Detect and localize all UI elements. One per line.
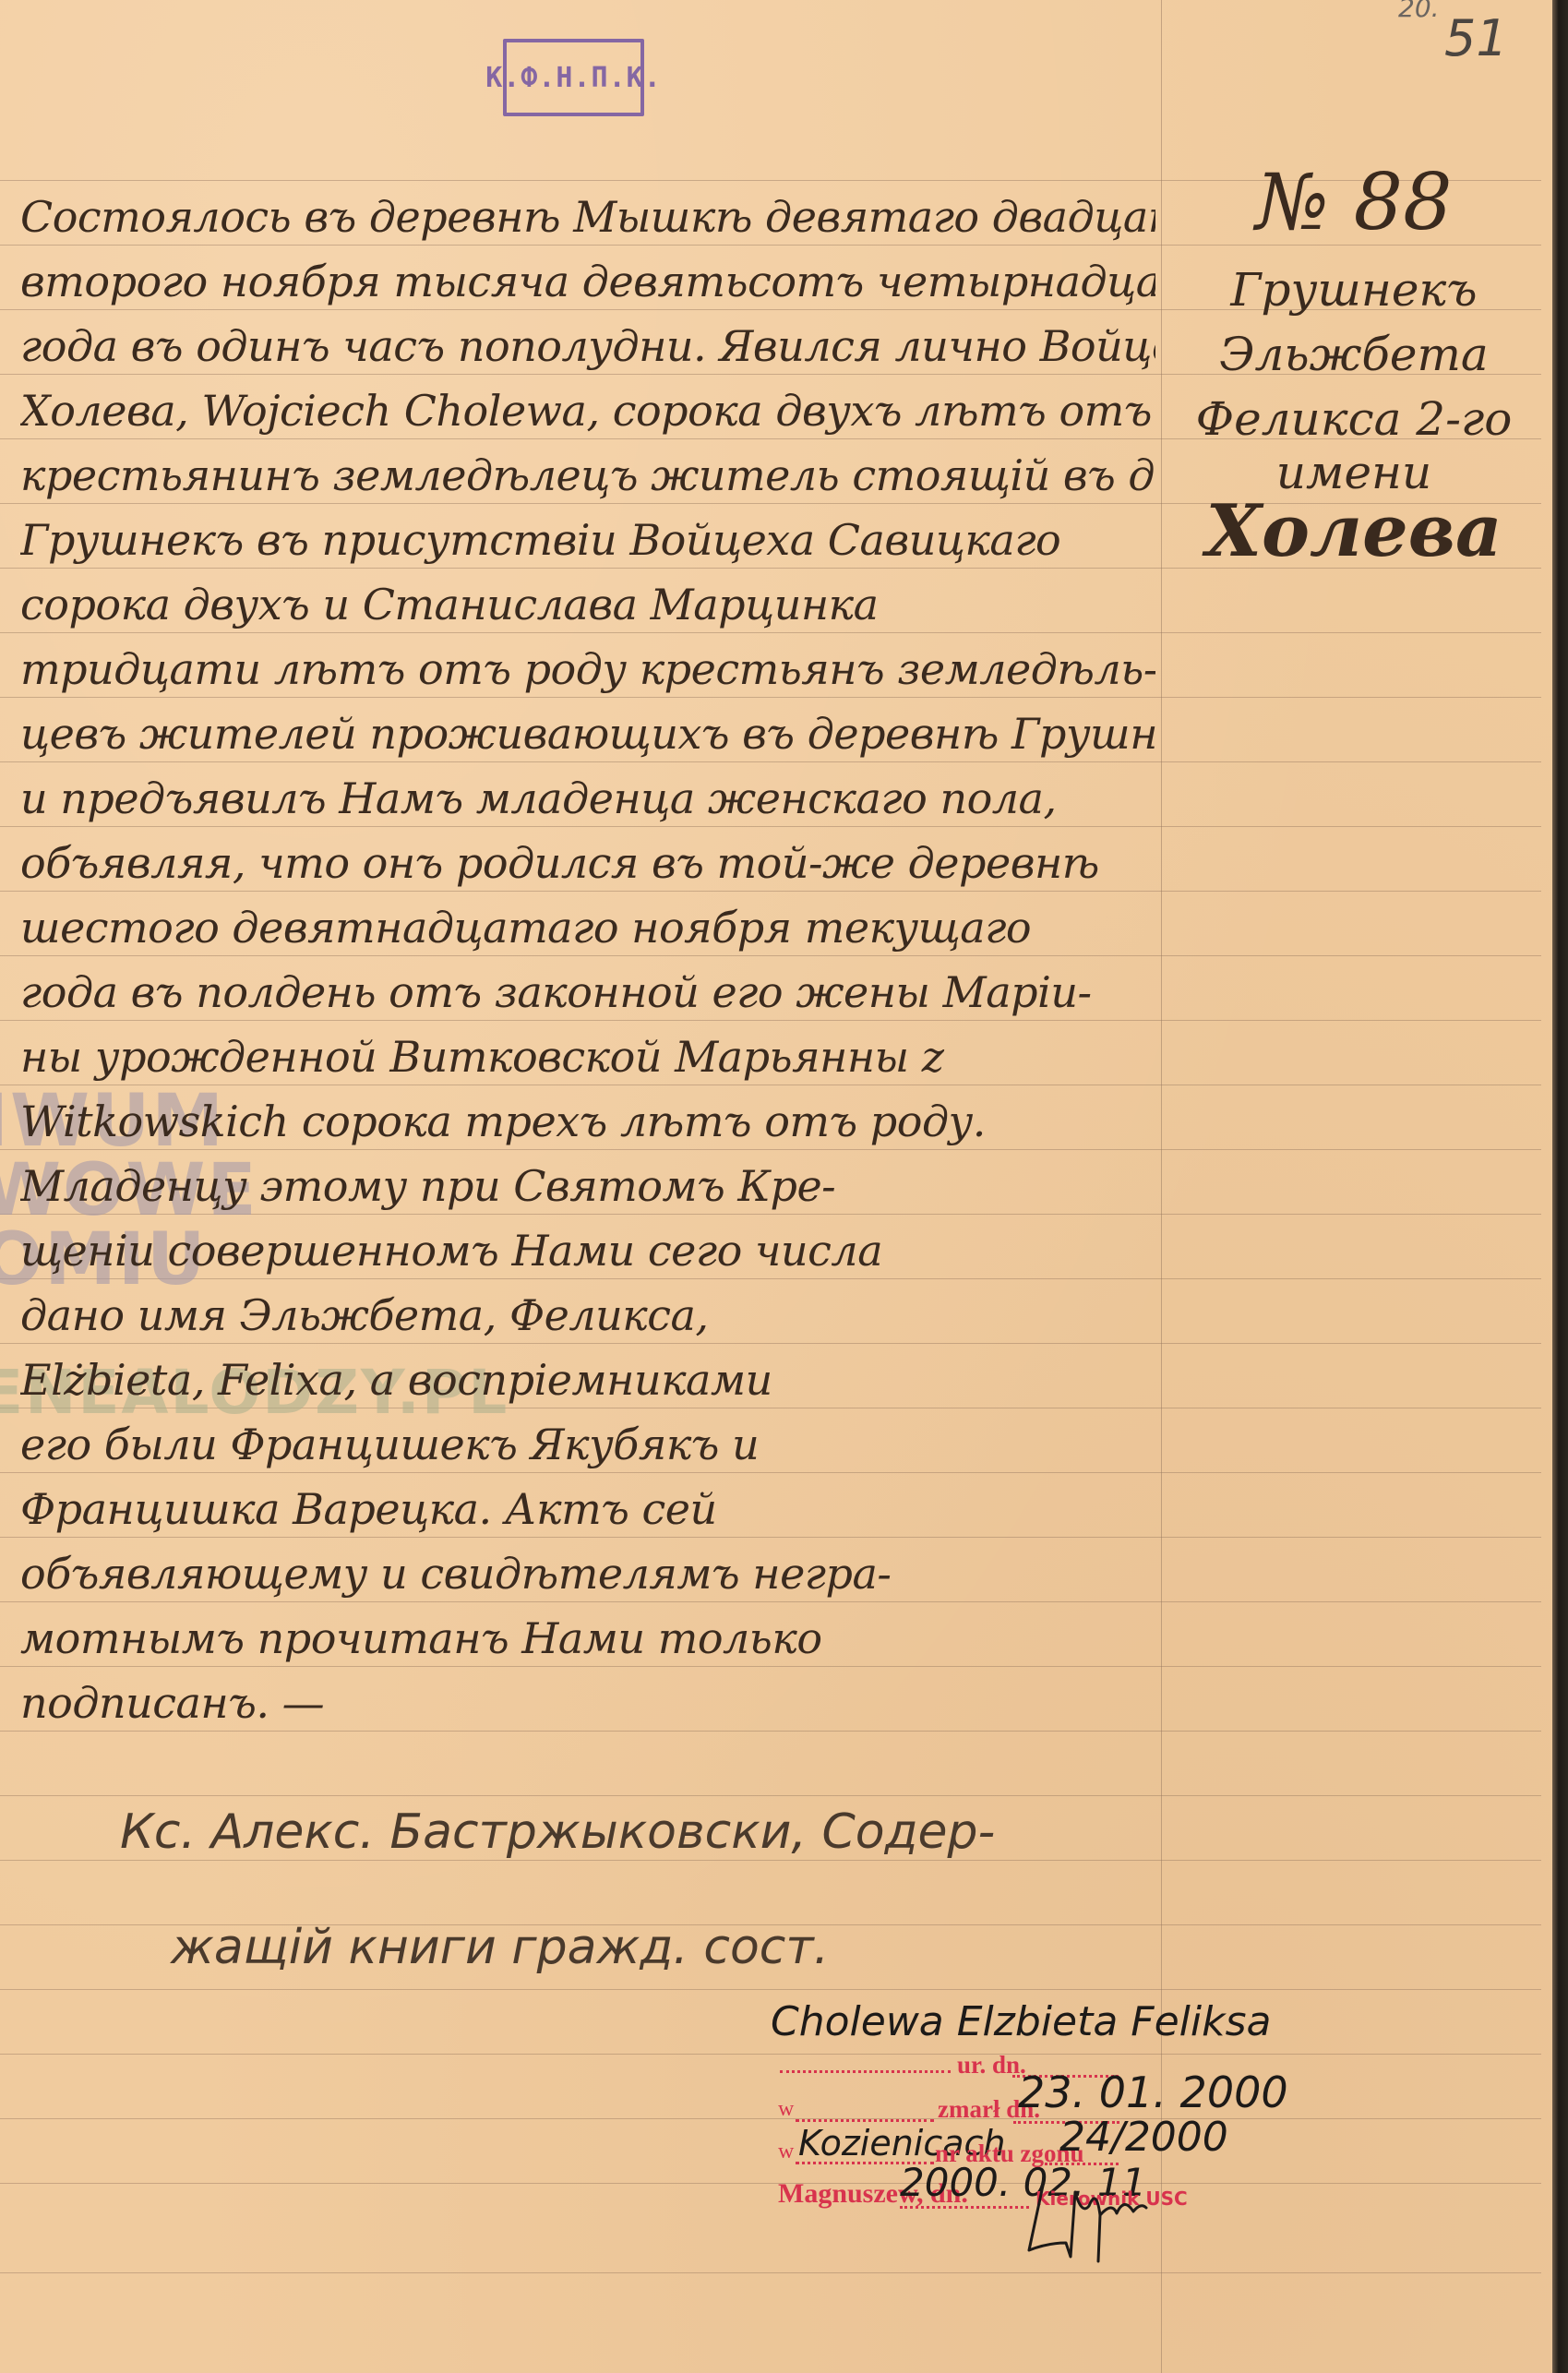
folio-number: 51 <box>1444 9 1508 67</box>
ruled-line <box>0 632 1541 633</box>
body-line: щеніи совершенномъ Нами сего числа <box>20 1223 1155 1278</box>
body-line: года въ полдень отъ законной его жены Ма… <box>20 965 1155 1020</box>
margin-given-name: Эльжбета <box>1165 328 1543 381</box>
archive-stamp: К.Ф.Н.П.К. <box>503 39 644 116</box>
ruled-line <box>0 1601 1541 1602</box>
body-line: Младенцу этому при Святомъ Кре- <box>20 1158 1155 1214</box>
body-line: Грушнекъ въ присутствіи Войцеха Савицкаг… <box>20 512 1155 568</box>
body-line: цевъ жителей проживающихъ въ деревнѣ Гру… <box>20 706 1155 761</box>
death-date: 23. 01. 2000 <box>1018 2067 1288 2117</box>
body-line: Францишка Варецка. Актъ сей <box>20 1481 1155 1537</box>
margin-second-name: Феликса 2-го имени <box>1165 392 1543 499</box>
margin-village: Грушнекъ <box>1165 263 1543 317</box>
body-line: и предъявилъ Намъ младенца женскаго пола… <box>20 771 1155 826</box>
body-line: мотнымъ прочитанъ Нами только <box>20 1611 1155 1666</box>
body-line: года въ одинъ часъ пополудни. Явился лич… <box>20 318 1155 374</box>
ruled-line <box>0 2054 1541 2055</box>
ruled-line <box>0 1020 1541 1021</box>
ruled-line <box>0 1731 1541 1732</box>
label-w: w <box>778 2097 794 2122</box>
ruled-line <box>0 1989 1541 1990</box>
ruled-line <box>0 2183 1541 2184</box>
body-line: объявляющему и свидѣтелямъ негра- <box>20 1546 1155 1601</box>
body-line: дано имя Эльжбета, Феликса, <box>20 1288 1155 1343</box>
ruled-line <box>0 1537 1541 1538</box>
body-line: тридцати лѣтъ отъ роду крестьянъ земледѣ… <box>20 641 1155 697</box>
priest-title: жащій книги гражд. сост. <box>171 1920 829 1975</box>
body-line: Холева, Wojciech Cholewa, сорока двухъ л… <box>20 383 1155 438</box>
ruled-line <box>0 761 1541 762</box>
body-line: второго ноября тысяча девятьсотъ четырна… <box>20 254 1155 309</box>
body-line: ны урожденной Витковской Марьянны z <box>20 1029 1155 1085</box>
body-line: крестьянинъ земледѣлецъ житель стоящій в… <box>20 448 1155 503</box>
registrar-signature-icon <box>1024 2178 1154 2271</box>
ruled-line <box>0 1795 1541 1796</box>
ruled-line <box>0 697 1541 698</box>
book-binding-edge <box>1552 0 1568 2373</box>
body-line: Elżbieta, Felixa, а воспріемниками <box>20 1352 1155 1408</box>
ruled-line <box>0 826 1541 827</box>
ruled-line <box>0 1666 1541 1667</box>
ruled-line <box>0 1278 1541 1279</box>
record-number: № 88 <box>1165 157 1543 247</box>
ruled-line <box>0 2118 1541 2119</box>
annotation-name: Cholewa Elzbieta Feliksa <box>771 1998 1272 2045</box>
ruled-line <box>0 1085 1541 1085</box>
ruled-line <box>0 891 1541 892</box>
dotted-field <box>780 2070 951 2073</box>
body-line: подписанъ. — <box>20 1675 1155 1731</box>
ruled-line <box>0 2272 1541 2273</box>
dotted-field <box>796 2119 934 2122</box>
death-act-number: 24/2000 <box>1059 2114 1228 2161</box>
dotted-field <box>900 2206 1029 2209</box>
body-line: шестого девятнадцатаго ноября текущаго <box>20 900 1155 955</box>
label-w: w <box>778 2139 794 2164</box>
ruled-line <box>0 1860 1541 1861</box>
body-line: Witkowskich сорока трехъ лѣтъ отъ роду. <box>20 1094 1155 1149</box>
margin-surname: Холева <box>1165 489 1543 573</box>
ruled-line <box>0 1343 1541 1344</box>
ruled-line <box>0 955 1541 956</box>
folio-prefix: 20. <box>1398 0 1440 23</box>
body-line: его были Францишекъ Якубякъ и <box>20 1417 1155 1472</box>
body-line: объявляя, что онъ родился въ той-же дере… <box>20 835 1155 891</box>
body-line: Состоялось въ деревнѣ Мышкѣ девятаго два… <box>20 189 1155 245</box>
ruled-line <box>0 1472 1541 1473</box>
document-page: IWUM WOWE OMIU ENEALODZY.PL К.Ф.Н.П.К. 2… <box>0 0 1552 2373</box>
priest-signature: Кс. Алекс. Бастржыковски, Содер- <box>120 1804 995 1860</box>
body-line: сорока двухъ и Станислава Марцинка <box>20 577 1155 632</box>
